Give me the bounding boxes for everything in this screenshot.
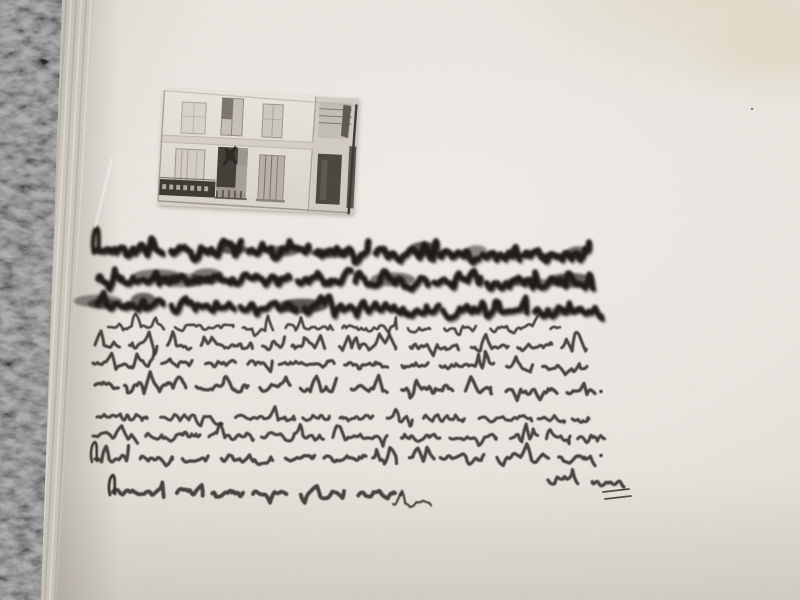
upper-window-left	[181, 102, 206, 134]
adjacent-building	[308, 96, 359, 214]
balcony	[318, 102, 353, 140]
dark-doorway	[316, 154, 342, 205]
building-photo-image	[157, 89, 358, 214]
building-photograph	[157, 89, 358, 214]
upper-window-right	[262, 104, 284, 138]
upper-window-centre	[221, 98, 244, 136]
photograph-of-manuscript	[0, 0, 800, 600]
manuscript-page	[0, 0, 800, 600]
lower-window-right	[256, 155, 287, 203]
open-window-with-figure	[215, 147, 249, 200]
